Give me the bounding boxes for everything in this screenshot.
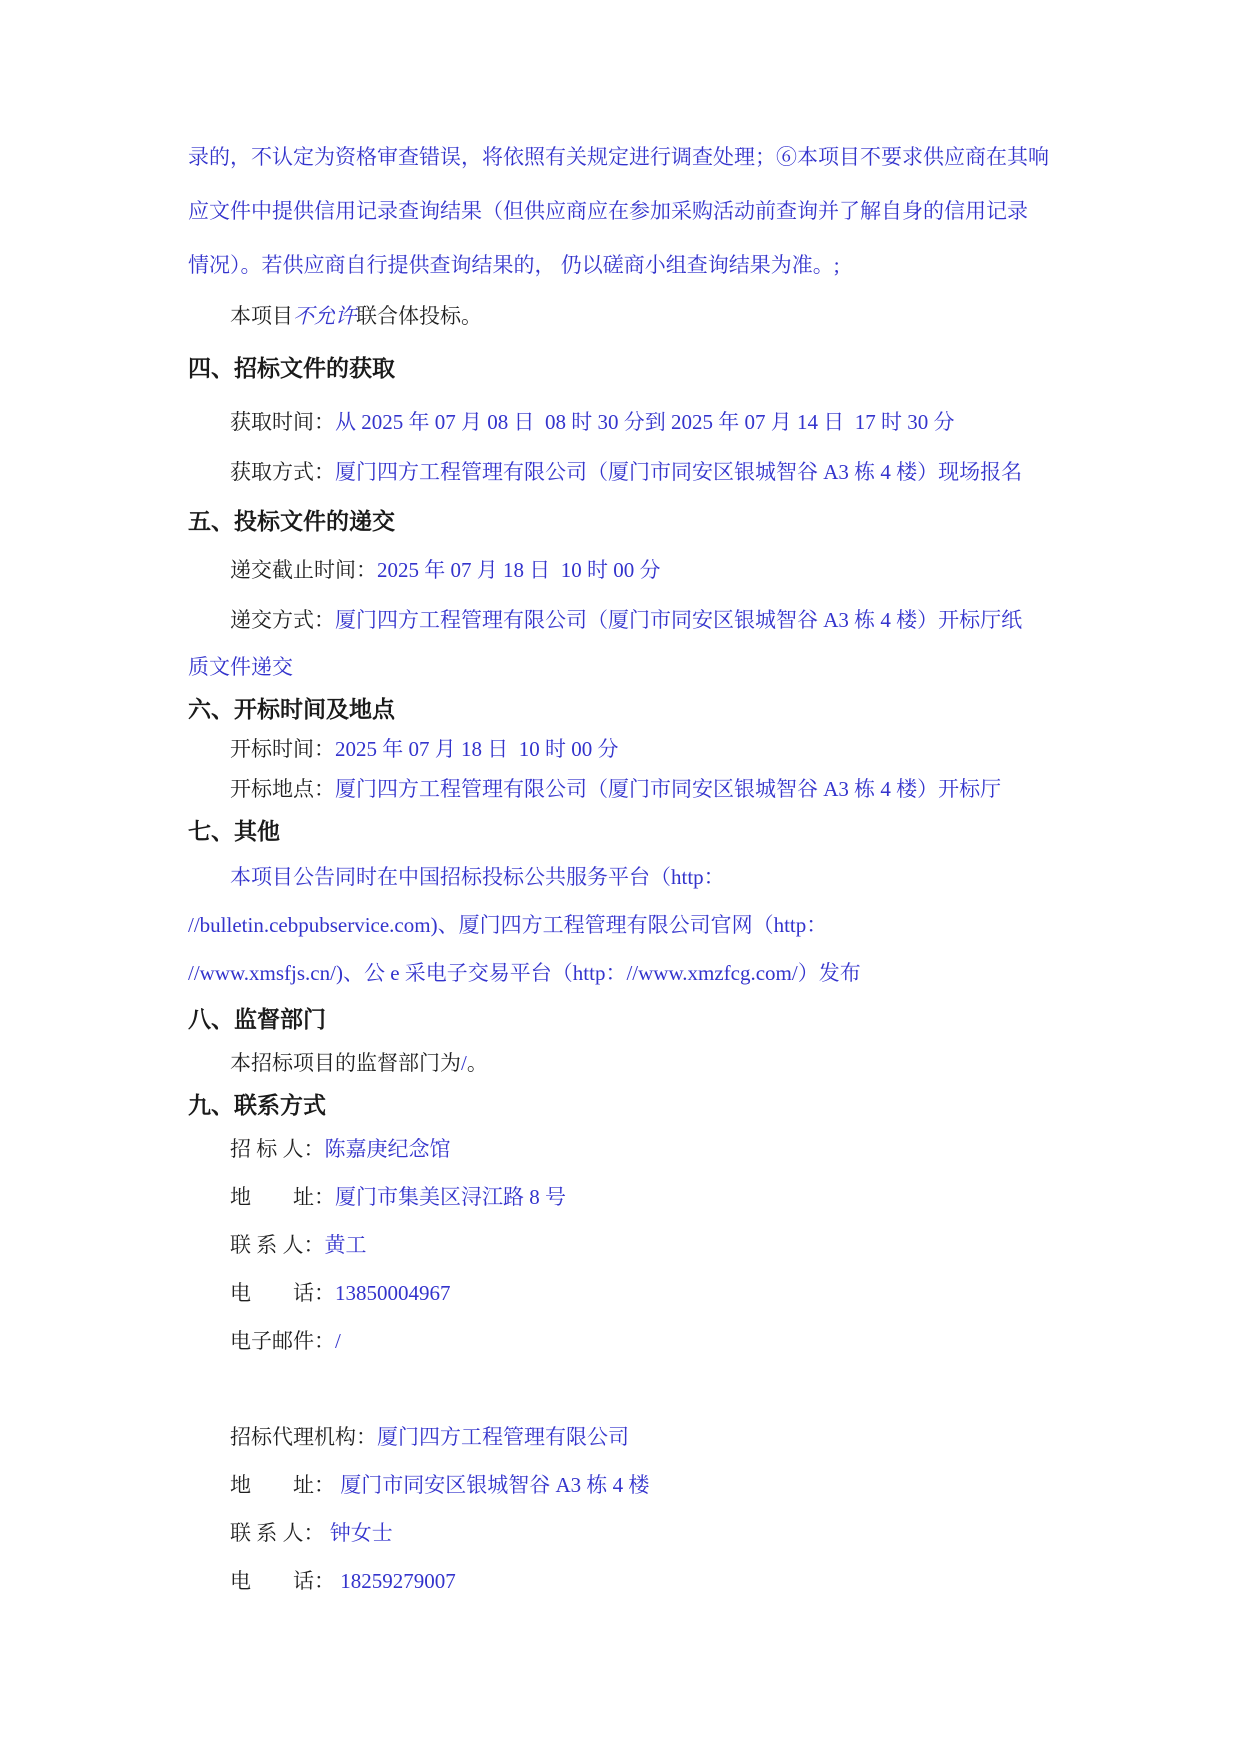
agency-contact-row: 联 系 人： 钟女士 (188, 1509, 1170, 1557)
tenderee-name-row: 招 标 人：陈嘉庚纪念馆 (188, 1125, 1170, 1173)
agency-name-row: 招标代理机构：厦门四方工程管理有限公司 (188, 1413, 1170, 1461)
opening-place-row: 开标地点：厦门四方工程管理有限公司（厦门市同安区银城智谷 A3 栋 4 楼）开标… (188, 769, 1170, 809)
agency-contact-label: 联 系 人： (230, 1521, 325, 1545)
tenderee-phone-label: 电 话： (230, 1281, 335, 1305)
agency-name-label: 招标代理机构： (230, 1425, 377, 1449)
submission-deadline-row: 递交截止时间：2025 年 07 月 18 日 10 时 00 分 (188, 545, 1170, 595)
opening-time-row: 开标时间：2025 年 07 月 18 日 10 时 00 分 (188, 729, 1170, 769)
submission-method-value-line1: 厦门四方工程管理有限公司（厦门市同安区银城智谷 A3 栋 4 楼）开标厅纸 (335, 608, 1022, 632)
intro-line-2: 应文件中提供信用记录查询结果（但供应商应在参加采购活动前查询并了解自身的信用记录 (188, 184, 1170, 238)
agency-address-label: 地 址： (230, 1473, 335, 1497)
opening-place-value: 厦门四方工程管理有限公司（厦门市同安区银城智谷 A3 栋 4 楼）开标厅 (335, 777, 1001, 801)
tenderee-address-label: 地 址： (230, 1185, 335, 1209)
supervision-period: 。 (467, 1051, 488, 1075)
submission-deadline-label: 递交截止时间： (230, 558, 377, 582)
joint-bid-note: 本项目不允许联合体投标。 (188, 292, 1170, 340)
section-heading-opening: 六、开标时间及地点 (188, 689, 1170, 729)
intro-line-3: 情况）。若供应商自行提供查询结果的， 仍以磋商小组查询结果为准。; (188, 238, 1170, 292)
tenderee-name-label: 招 标 人： (230, 1137, 325, 1161)
tenderee-name-value: 陈嘉庚纪念馆 (325, 1137, 451, 1161)
document-page: 录的，不认定为资格审查错误，将依照有关规定进行调查处理；⑥本项目不要求供应商在其… (0, 0, 1240, 1754)
tenderee-email-label: 电子邮件： (230, 1329, 335, 1353)
supervision-body: 本招标项目的监督部门为/。 (188, 1041, 1170, 1085)
joint-bid-suffix: 联合体投标。 (356, 304, 482, 328)
joint-bid-emphasis: 不允许 (293, 304, 356, 328)
tenderee-phone-row: 电 话：13850004967 (188, 1269, 1170, 1317)
agency-phone-value: 18259279007 (335, 1569, 456, 1593)
acquire-method-row: 获取方式：厦门四方工程管理有限公司（厦门市同安区银城智谷 A3 栋 4 楼）现场… (188, 447, 1170, 497)
agency-address-value: 厦门市同安区银城智谷 A3 栋 4 楼 (335, 1473, 649, 1497)
submission-method-value-line2: 质文件递交 (188, 645, 1170, 689)
section-heading-supervision: 八、监督部门 (188, 997, 1170, 1041)
submission-deadline-value: 2025 年 07 月 18 日 10 时 00 分 (377, 558, 661, 582)
tenderee-email-value: / (335, 1329, 341, 1353)
section-heading-acquisition: 四、招标文件的获取 (188, 340, 1170, 397)
submission-method-label: 递交方式： (230, 608, 335, 632)
intro-line-1: 录的，不认定为资格审查错误，将依照有关规定进行调查处理；⑥本项目不要求供应商在其… (188, 130, 1170, 184)
acquire-time-label: 获取时间： (230, 410, 335, 434)
document-content: 录的，不认定为资格审查错误，将依照有关规定进行调查处理；⑥本项目不要求供应商在其… (0, 0, 1240, 1605)
tenderee-email-row: 电子邮件：/ (188, 1317, 1170, 1365)
agency-contact-value: 钟女士 (325, 1521, 393, 1545)
agency-address-row: 地 址： 厦门市同安区银城智谷 A3 栋 4 楼 (188, 1461, 1170, 1509)
tenderee-contact-value: 黄工 (325, 1233, 367, 1257)
supervision-text: 本招标项目的监督部门为 (230, 1051, 461, 1075)
opening-time-value: 2025 年 07 月 18 日 10 时 00 分 (335, 737, 619, 761)
acquire-time-value: 从 2025 年 07 月 08 日 08 时 30 分到 2025 年 07 … (335, 410, 955, 434)
agency-name-value: 厦门四方工程管理有限公司 (377, 1425, 629, 1449)
tenderee-phone-value: 13850004967 (335, 1281, 451, 1305)
announcement-platforms-line-1: 本项目公告同时在中国招标投标公共服务平台（http： (188, 853, 1170, 901)
section-heading-other: 七、其他 (188, 809, 1170, 853)
agency-phone-row: 电 话： 18259279007 (188, 1557, 1170, 1605)
acquire-method-label: 获取方式： (230, 460, 335, 484)
acquire-time-row: 获取时间：从 2025 年 07 月 08 日 08 时 30 分到 2025 … (188, 397, 1170, 447)
submission-method-row: 递交方式：厦门四方工程管理有限公司（厦门市同安区银城智谷 A3 栋 4 楼）开标… (188, 595, 1170, 645)
tenderee-contact-label: 联 系 人： (230, 1233, 325, 1257)
tenderee-address-row: 地 址：厦门市集美区浔江路 8 号 (188, 1173, 1170, 1221)
opening-place-label: 开标地点： (230, 777, 335, 801)
joint-bid-prefix: 本项目 (230, 304, 293, 328)
agency-phone-label: 电 话： (230, 1569, 335, 1593)
announcement-platforms-line-2: //bulletin.cebpubservice.com)、厦门四方工程管理有限… (188, 901, 1170, 949)
section-heading-contact: 九、联系方式 (188, 1085, 1170, 1125)
announcement-platforms-line-3: //www.xmsfjs.cn/)、公 e 采电子交易平台（http：//www… (188, 949, 1170, 997)
tenderee-contact-row: 联 系 人：黄工 (188, 1221, 1170, 1269)
opening-time-label: 开标时间： (230, 737, 335, 761)
tenderee-address-value: 厦门市集美区浔江路 8 号 (335, 1185, 566, 1209)
acquire-method-value: 厦门四方工程管理有限公司（厦门市同安区银城智谷 A3 栋 4 楼）现场报名 (335, 460, 1022, 484)
section-heading-submission: 五、投标文件的递交 (188, 497, 1170, 545)
